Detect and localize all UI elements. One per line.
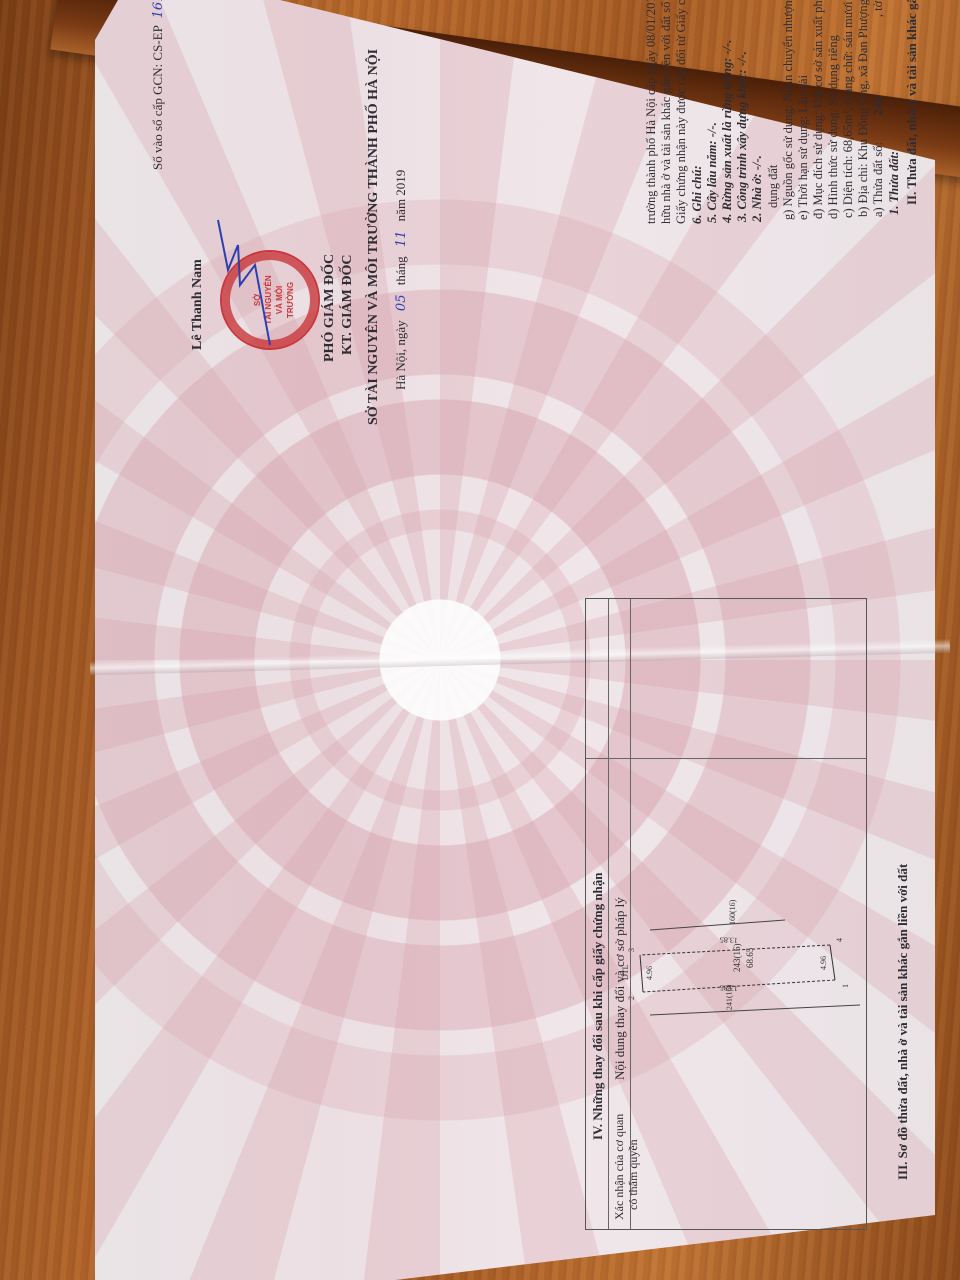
- area: c) Diện tích: 68,65m², (bằng chữ: sáu mư…: [841, 0, 856, 218]
- issue-day: 05: [394, 295, 409, 312]
- certificate-content: II. Thửa đất, nhà ở và tài sản khác gắn …: [0, 0, 960, 1280]
- table-divider: [608, 599, 609, 1229]
- issuing-authority: SỞ TÀI NGUYÊN VÀ MÔI TRƯỜNG THÀNH PHỐ HÀ…: [366, 49, 381, 425]
- production-forest: 4. Rừng sản xuất là rừng trồng: -/-.: [720, 40, 735, 223]
- year-label: năm 2019: [393, 170, 408, 222]
- date-prefix: Hà Nội, ngày: [393, 320, 408, 390]
- notes-line-1: Giấy chứng nhận này được cấp đổi từ Giấy…: [674, 0, 689, 224]
- month-label: tháng: [393, 256, 408, 285]
- changes-table: [585, 598, 867, 1230]
- changes-col-confirmation-2: có thẩm quyền: [626, 1139, 641, 1210]
- section-3-heading: III. Sơ đồ thửa đất, nhà ở và tài sản kh…: [895, 864, 910, 1180]
- registry-number: Số vào sổ cấp GCN: CS-EP 16166: [150, 0, 166, 170]
- section-4-heading: IV. Những thay đổi sau khi cấp giấy chứn…: [590, 872, 605, 1140]
- table-divider: [630, 599, 631, 1229]
- use-term: e) Thời hạn sử dụng: Lâu dài: [796, 75, 811, 220]
- map-sheet-label: , tờ bản đồ số:: [871, 0, 885, 17]
- registry-handwritten-number: 16166: [151, 0, 166, 18]
- other-construction: 3. Công trình xây dựng khác: -/-.: [735, 51, 750, 222]
- changes-col-confirmation-1: Xác nhận của cơ quan: [612, 1114, 627, 1220]
- issue-month: 11: [394, 231, 409, 248]
- registry-label: Số vào sổ cấp GCN: CS-EP: [150, 26, 165, 170]
- house: 2. Nhà ở: -/-.: [750, 155, 765, 222]
- perennial-trees: 5. Cây lâu năm: -/-.: [705, 122, 720, 223]
- use-form: d) Hình thức sử dụng: Sử dụng riêng: [826, 35, 841, 219]
- use-purpose: đ) Mục đích sử dụng: Đất cơ sở sản xuất …: [811, 0, 826, 219]
- parcel-label: a) Thửa đất số:: [871, 142, 885, 217]
- table-divider: [586, 758, 866, 759]
- notes-line-2: hữu nhà ở và tài sản khác gắn liền với đ…: [659, 0, 674, 224]
- parcel-number: 243: [871, 96, 885, 115]
- parcel-number-row: a) Thửa đất số: 243 , tờ bản đồ số: 16: [871, 0, 886, 217]
- origin-line-2: dụng đất: [766, 165, 781, 208]
- handwritten-signature: [210, 215, 300, 355]
- section-2-heading: II. Thửa đất, nhà ở và tài sản khác gắn …: [904, 0, 919, 205]
- address: b) Địa chỉ: Khu Đồng Ông, xã Đan Phượng,…: [856, 0, 871, 217]
- position-title: PHÓ GIÁM ĐỐC: [322, 254, 337, 362]
- changes-col-content: Nội dung thay đổi và cơ sở pháp lý: [612, 897, 627, 1080]
- origin-line-1: g) Nguồn gốc sử dụng: Nhận chuyển nhượng…: [781, 0, 796, 220]
- land-heading: 1. Thửa đất:: [887, 151, 902, 215]
- notes-line-3: trường thành phố Hà Nội cấp ngày 08/01/2…: [644, 0, 659, 224]
- issue-date: Hà Nội, ngày 05 tháng 11 năm 2019: [393, 170, 409, 390]
- signer-name: Lê Thanh Nam: [190, 259, 205, 350]
- notes-heading: 6. Ghi chú:: [690, 165, 705, 224]
- on-behalf-title: KT. GIÁM ĐỐC: [340, 255, 355, 355]
